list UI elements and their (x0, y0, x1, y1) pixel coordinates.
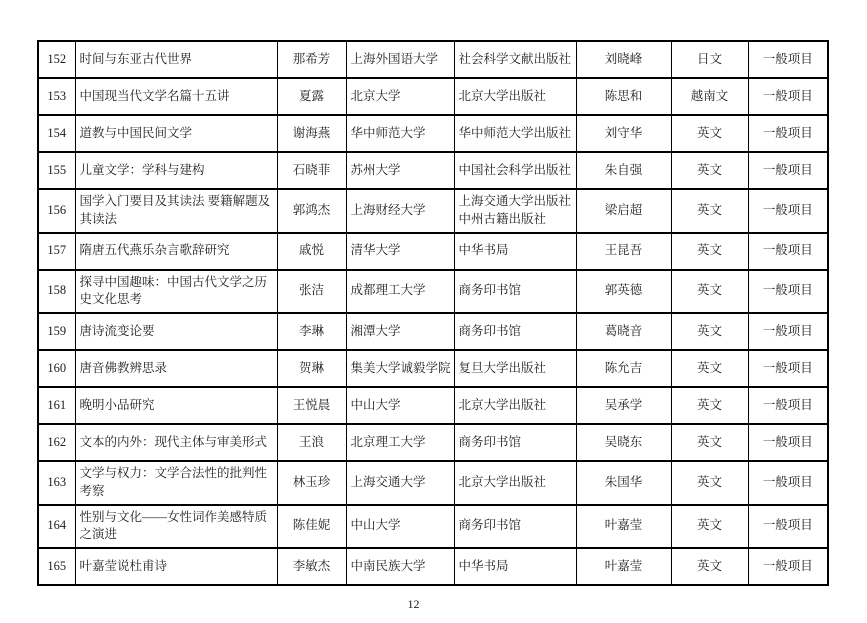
page-number: 12 (0, 597, 827, 612)
cell-book-title: 晚明小品研究 (75, 387, 277, 424)
cell-institution: 清华大学 (346, 233, 454, 270)
cell-project-category: 一般项目 (748, 350, 828, 387)
table-row: 154 道教与中国民间文学 谢海燕 华中师范大学 华中师范大学出版社 刘守华 英… (38, 115, 828, 152)
cell-project-category: 一般项目 (748, 461, 828, 505)
cell-row-number: 161 (38, 387, 75, 424)
cell-row-number: 159 (38, 313, 75, 350)
cell-original-author: 陈思和 (576, 78, 671, 115)
cell-language: 英文 (671, 461, 748, 505)
cell-applicant-name: 李琳 (277, 313, 346, 350)
cell-book-title: 文本的内外：现代主体与审美形式 (75, 424, 277, 461)
cell-original-author: 朱自强 (576, 152, 671, 189)
cell-original-author: 葛晓音 (576, 313, 671, 350)
cell-row-number: 155 (38, 152, 75, 189)
cell-institution: 上海交通大学 (346, 461, 454, 505)
cell-language: 英文 (671, 152, 748, 189)
cell-applicant-name: 王浪 (277, 424, 346, 461)
cell-project-category: 一般项目 (748, 41, 828, 78)
cell-project-category: 一般项目 (748, 313, 828, 350)
cell-publisher: 北京大学出版社 (454, 387, 576, 424)
cell-applicant-name: 夏露 (277, 78, 346, 115)
cell-applicant-name: 贺琳 (277, 350, 346, 387)
cell-book-title: 中国现当代文学名篇十五讲 (75, 78, 277, 115)
cell-applicant-name: 那希芳 (277, 41, 346, 78)
cell-publisher: 中华书局 (454, 233, 576, 270)
cell-row-number: 153 (38, 78, 75, 115)
cell-applicant-name: 林玉珍 (277, 461, 346, 505)
cell-original-author: 吴承学 (576, 387, 671, 424)
table-row: 165 叶嘉莹说杜甫诗 李敏杰 中南民族大学 中华书局 叶嘉莹 英文 一般项目 (38, 548, 828, 585)
cell-project-category: 一般项目 (748, 387, 828, 424)
cell-original-author: 王昆吾 (576, 233, 671, 270)
cell-language: 日文 (671, 41, 748, 78)
cell-publisher: 上海交通大学出版社 中州古籍出版社 (454, 189, 576, 233)
cell-project-category: 一般项目 (748, 78, 828, 115)
cell-institution: 苏州大学 (346, 152, 454, 189)
table-row: 156 国学入门要目及其读法 要籍解题及其读法 郭鸿杰 上海财经大学 上海交通大… (38, 189, 828, 233)
cell-applicant-name: 李敏杰 (277, 548, 346, 585)
cell-language: 英文 (671, 189, 748, 233)
table-row: 153 中国现当代文学名篇十五讲 夏露 北京大学 北京大学出版社 陈思和 越南文… (38, 78, 828, 115)
cell-institution: 上海财经大学 (346, 189, 454, 233)
cell-applicant-name: 石晓菲 (277, 152, 346, 189)
cell-applicant-name: 陈佳妮 (277, 505, 346, 549)
cell-language: 英文 (671, 387, 748, 424)
table-row: 157 隋唐五代燕乐杂言歌辞研究 戚悦 清华大学 中华书局 王昆吾 英文 一般项… (38, 233, 828, 270)
cell-language: 越南文 (671, 78, 748, 115)
cell-row-number: 160 (38, 350, 75, 387)
cell-publisher: 社会科学文献出版社 (454, 41, 576, 78)
cell-original-author: 刘守华 (576, 115, 671, 152)
table-row: 164 性别与文化——女性词作美感特质之演进 陈佳妮 中山大学 商务印书馆 叶嘉… (38, 505, 828, 549)
cell-institution: 湘潭大学 (346, 313, 454, 350)
cell-original-author: 叶嘉莹 (576, 548, 671, 585)
table-row: 163 文学与权力：文学合法性的批判性考察 林玉珍 上海交通大学 北京大学出版社… (38, 461, 828, 505)
cell-language: 英文 (671, 233, 748, 270)
cell-institution: 成都理工大学 (346, 270, 454, 314)
cell-project-category: 一般项目 (748, 270, 828, 314)
table-row: 158 探寻中国趣味：中国古代文学之历史文化思考 张洁 成都理工大学 商务印书馆… (38, 270, 828, 314)
cell-book-title: 隋唐五代燕乐杂言歌辞研究 (75, 233, 277, 270)
cell-book-title: 探寻中国趣味：中国古代文学之历史文化思考 (75, 270, 277, 314)
cell-publisher: 中国社会科学出版社 (454, 152, 576, 189)
cell-institution: 中南民族大学 (346, 548, 454, 585)
cell-publisher: 商务印书馆 (454, 424, 576, 461)
cell-language: 英文 (671, 270, 748, 314)
cell-institution: 北京理工大学 (346, 424, 454, 461)
cell-book-title: 唐诗流变论要 (75, 313, 277, 350)
cell-publisher: 北京大学出版社 (454, 461, 576, 505)
cell-project-category: 一般项目 (748, 424, 828, 461)
cell-language: 英文 (671, 505, 748, 549)
cell-applicant-name: 谢海燕 (277, 115, 346, 152)
cell-original-author: 陈允吉 (576, 350, 671, 387)
cell-original-author: 叶嘉莹 (576, 505, 671, 549)
cell-language: 英文 (671, 350, 748, 387)
cell-row-number: 154 (38, 115, 75, 152)
cell-project-category: 一般项目 (748, 505, 828, 549)
cell-project-category: 一般项目 (748, 233, 828, 270)
cell-publisher: 商务印书馆 (454, 270, 576, 314)
table-row: 155 儿童文学：学科与建构 石晓菲 苏州大学 中国社会科学出版社 朱自强 英文… (38, 152, 828, 189)
cell-language: 英文 (671, 424, 748, 461)
cell-publisher: 商务印书馆 (454, 313, 576, 350)
table-row: 152 时间与东亚古代世界 那希芳 上海外国语大学 社会科学文献出版社 刘晓峰 … (38, 41, 828, 78)
cell-row-number: 152 (38, 41, 75, 78)
cell-publisher: 商务印书馆 (454, 505, 576, 549)
cell-book-title: 儿童文学：学科与建构 (75, 152, 277, 189)
cell-publisher: 中华书局 (454, 548, 576, 585)
table-row: 161 晚明小品研究 王悦晨 中山大学 北京大学出版社 吴承学 英文 一般项目 (38, 387, 828, 424)
cell-book-title: 叶嘉莹说杜甫诗 (75, 548, 277, 585)
projects-table: 152 时间与东亚古代世界 那希芳 上海外国语大学 社会科学文献出版社 刘晓峰 … (37, 40, 829, 586)
cell-book-title: 唐音佛教辨思录 (75, 350, 277, 387)
cell-institution: 中山大学 (346, 387, 454, 424)
table-row: 162 文本的内外：现代主体与审美形式 王浪 北京理工大学 商务印书馆 吴晓东 … (38, 424, 828, 461)
cell-row-number: 157 (38, 233, 75, 270)
cell-row-number: 164 (38, 505, 75, 549)
cell-publisher: 华中师范大学出版社 (454, 115, 576, 152)
cell-language: 英文 (671, 115, 748, 152)
cell-project-category: 一般项目 (748, 115, 828, 152)
cell-publisher: 复旦大学出版社 (454, 350, 576, 387)
cell-publisher: 北京大学出版社 (454, 78, 576, 115)
cell-row-number: 158 (38, 270, 75, 314)
cell-language: 英文 (671, 548, 748, 585)
cell-row-number: 165 (38, 548, 75, 585)
cell-row-number: 162 (38, 424, 75, 461)
document-page: 152 时间与东亚古代世界 那希芳 上海外国语大学 社会科学文献出版社 刘晓峰 … (0, 0, 867, 623)
cell-book-title: 文学与权力：文学合法性的批判性考察 (75, 461, 277, 505)
cell-applicant-name: 戚悦 (277, 233, 346, 270)
cell-book-title: 时间与东亚古代世界 (75, 41, 277, 78)
table-row: 159 唐诗流变论要 李琳 湘潭大学 商务印书馆 葛晓音 英文 一般项目 (38, 313, 828, 350)
cell-institution: 中山大学 (346, 505, 454, 549)
cell-book-title: 国学入门要目及其读法 要籍解题及其读法 (75, 189, 277, 233)
cell-institution: 华中师范大学 (346, 115, 454, 152)
cell-institution: 集美大学诚毅学院 (346, 350, 454, 387)
cell-original-author: 吴晓东 (576, 424, 671, 461)
cell-institution: 上海外国语大学 (346, 41, 454, 78)
cell-original-author: 刘晓峰 (576, 41, 671, 78)
cell-row-number: 156 (38, 189, 75, 233)
cell-original-author: 梁启超 (576, 189, 671, 233)
cell-book-title: 性别与文化——女性词作美感特质之演进 (75, 505, 277, 549)
cell-applicant-name: 王悦晨 (277, 387, 346, 424)
cell-applicant-name: 郭鸿杰 (277, 189, 346, 233)
cell-institution: 北京大学 (346, 78, 454, 115)
cell-applicant-name: 张洁 (277, 270, 346, 314)
cell-row-number: 163 (38, 461, 75, 505)
cell-project-category: 一般项目 (748, 548, 828, 585)
cell-project-category: 一般项目 (748, 189, 828, 233)
cell-book-title: 道教与中国民间文学 (75, 115, 277, 152)
cell-original-author: 郭英德 (576, 270, 671, 314)
cell-project-category: 一般项目 (748, 152, 828, 189)
table-row: 160 唐音佛教辨思录 贺琳 集美大学诚毅学院 复旦大学出版社 陈允吉 英文 一… (38, 350, 828, 387)
cell-original-author: 朱国华 (576, 461, 671, 505)
cell-language: 英文 (671, 313, 748, 350)
